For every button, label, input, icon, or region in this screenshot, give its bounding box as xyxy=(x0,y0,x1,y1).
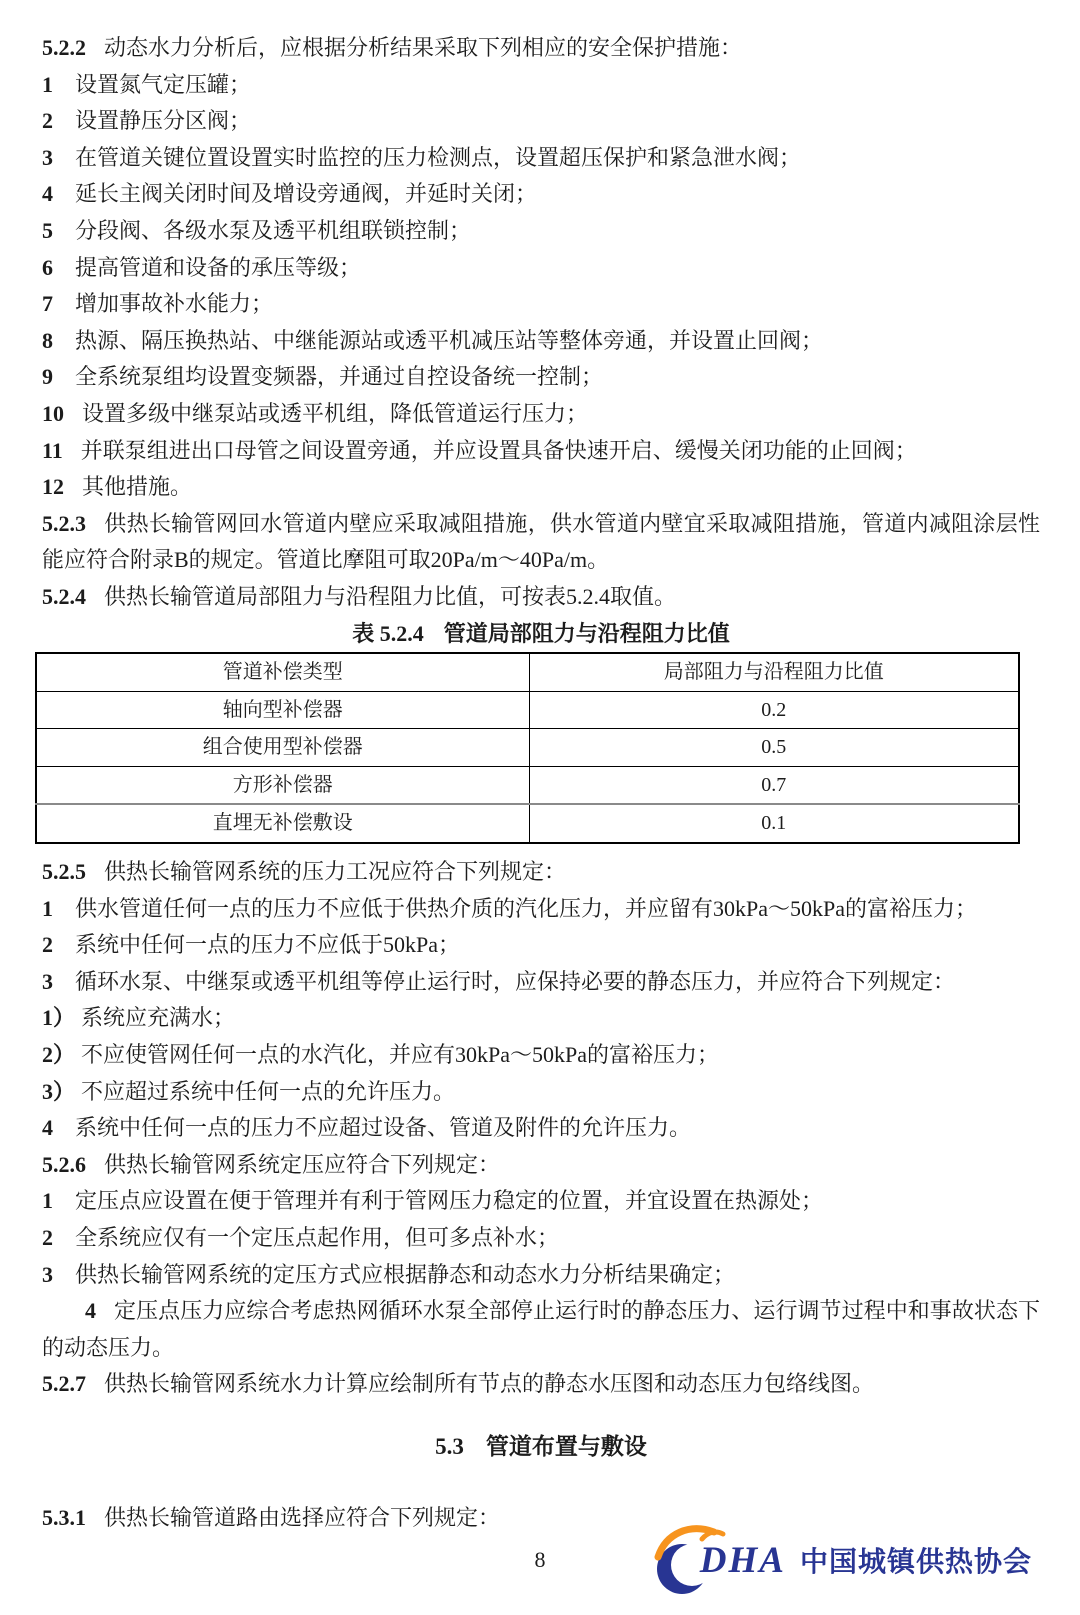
item-text: 并联泵组进出口母管之间设置旁通，并应设置具备快速开启、缓慢关闭功能的止回阀； xyxy=(81,438,917,463)
clause-text: 供热长输管道路由选择应符合下列规定： xyxy=(104,1505,500,1530)
list-item: 4延长主阀关闭时间及增设旁通阀，并延时关闭； xyxy=(42,176,1040,213)
item-text: 供热长输管网系统的定压方式应根据静态和动态水力分析结果确定； xyxy=(75,1262,735,1287)
cell-ratio-value: 0.7 xyxy=(529,766,1019,804)
list-item: 4系统中任何一点的压力不应超过设备、管道及附件的允许压力。 xyxy=(42,1110,1040,1147)
list-item: 7增加事故补水能力； xyxy=(42,286,1040,323)
item-number: 3 xyxy=(42,964,57,1001)
list-item: 6提高管道和设备的承压等级； xyxy=(42,250,1040,287)
subitem-number: 1） xyxy=(42,1005,75,1030)
item-number: 1 xyxy=(42,891,57,928)
item-text: 全系统应仅有一个定压点起作用，但可多点补水； xyxy=(75,1225,559,1250)
clause-number: 5.2.4 xyxy=(42,584,86,609)
section-title-text: 管道布置与敷设 xyxy=(486,1434,647,1459)
item-number: 8 xyxy=(42,323,57,360)
sub-list-item: 2）不应使管网任何一点的水汽化，并应有30kPa～50kPa的富裕压力； xyxy=(42,1037,1040,1074)
sub-list-item: 3）不应超过系统中任何一点的允许压力。 xyxy=(42,1074,1040,1111)
clause-text: 供热长输管网系统的压力工况应符合下列规定： xyxy=(104,859,566,884)
cell-ratio-value: 0.1 xyxy=(529,804,1019,843)
cell-ratio-value: 0.2 xyxy=(529,691,1019,729)
table-caption: 表 5.2.4管道局部阻力与沿程阻力比值 xyxy=(42,616,1040,653)
list-item: 1供水管道任何一点的压力不应低于供热介质的汽化压力，并应留有30kPa～50kP… xyxy=(42,891,1040,928)
item-number: 2 xyxy=(42,103,57,140)
item-text: 循环水泵、中继泵或透平机组等停止运行时，应保持必要的静态压力，并应符合下列规定： xyxy=(75,969,955,994)
list-item: 9全系统泵组均设置变频器，并通过自控设备统一控制； xyxy=(42,359,1040,396)
item-number: 7 xyxy=(42,286,57,323)
clause-5-2-4: 5.2.4供热长输管道局部阻力与沿程阻力比值，可按表5.2.4取值。 xyxy=(42,579,1040,616)
clause-text: 动态水力分析后，应根据分析结果采取下列相应的安全保护措施： xyxy=(104,35,742,60)
item-text: 热源、隔压换热站、中继能源站或透平机减压站等整体旁通，并设置止回阀； xyxy=(75,328,823,353)
clause-5-2-6: 5.2.6供热长输管网系统定压应符合下列规定： xyxy=(42,1147,1040,1184)
list-item: 2设置静压分区阀； xyxy=(42,103,1040,140)
resistance-ratio-table: 管道补偿类型 局部阻力与沿程阻力比值 轴向型补偿器 0.2 组合使用型补偿器 0… xyxy=(35,652,1020,844)
table-row: 轴向型补偿器 0.2 xyxy=(36,691,1019,729)
clause-text: 供热长输管网回水管道内壁应采取减阻措施，供水管道内壁宜采取减阻措施，管道内减阻涂… xyxy=(42,511,1040,573)
item-number: 9 xyxy=(42,359,57,396)
list-item: 10设置多级中继泵站或透平机组，降低管道运行压力； xyxy=(42,396,1040,433)
table-row: 直埋无补偿敷设 0.1 xyxy=(36,804,1019,843)
item-number: 1 xyxy=(42,1183,57,1220)
column-header-ratio: 局部阻力与沿程阻力比值 xyxy=(529,653,1019,691)
clause-5-2-5: 5.2.5供热长输管网系统的压力工况应符合下列规定： xyxy=(42,854,1040,891)
item-text: 系统中任何一点的压力不应超过设备、管道及附件的允许压力。 xyxy=(75,1115,691,1140)
clause-number: 5.2.6 xyxy=(42,1152,86,1177)
item-text: 在管道关键位置设置实时监控的压力检测点，设置超压保护和紧急泄水阀； xyxy=(75,145,801,170)
item-number: 1 xyxy=(42,67,57,104)
table-label: 表 5.2.4 xyxy=(352,621,424,646)
item-text: 其他措施。 xyxy=(82,474,192,499)
clause-number: 5.2.7 xyxy=(42,1371,86,1396)
list-item: 8热源、隔压换热站、中继能源站或透平机减压站等整体旁通，并设置止回阀； xyxy=(42,323,1040,360)
list-item: 5分段阀、各级水泵及透平机组联锁控制； xyxy=(42,213,1040,250)
cell-compensator-type: 组合使用型补偿器 xyxy=(36,729,529,767)
item-text: 分段阀、各级水泵及透平机组联锁控制； xyxy=(75,218,471,243)
item-text: 系统中任何一点的压力不应低于50kPa； xyxy=(75,932,460,957)
column-header-type: 管道补偿类型 xyxy=(36,653,529,691)
item-text: 设置静压分区阀； xyxy=(75,108,251,133)
list-item: 12其他措施。 xyxy=(42,469,1040,506)
clause-5-2-3: 5.2.3供热长输管网回水管道内壁应采取减阻措施，供水管道内壁宜采取减阻措施，管… xyxy=(42,506,1040,579)
item-number: 4 xyxy=(85,1298,96,1323)
item-number: 12 xyxy=(42,469,64,506)
clause-text: 供热长输管网系统水力计算应绘制所有节点的静态水压图和动态压力包络线图。 xyxy=(104,1371,874,1396)
list-item: 4定压点压力应综合考虑热网循环水泵全部停止运行时的静态压力、运行调节过程中和事故… xyxy=(42,1293,1040,1366)
table-row: 方形补偿器 0.7 xyxy=(36,766,1019,804)
list-item: 11并联泵组进出口母管之间设置旁通，并应设置具备快速开启、缓慢关闭功能的止回阀； xyxy=(42,433,1040,470)
item-number: 4 xyxy=(42,1110,57,1147)
subitem-text: 不应使管网任何一点的水汽化，并应有30kPa～50kPa的富裕压力； xyxy=(81,1042,719,1067)
table-title-text: 管道局部阻力与沿程阻力比值 xyxy=(444,621,730,646)
list-item: 3在管道关键位置设置实时监控的压力检测点，设置超压保护和紧急泄水阀； xyxy=(42,140,1040,177)
subitem-text: 不应超过系统中任何一点的允许压力。 xyxy=(81,1079,455,1104)
subitem-number: 3） xyxy=(42,1079,75,1104)
item-number: 10 xyxy=(42,396,64,433)
list-item: 3循环水泵、中继泵或透平机组等停止运行时，应保持必要的静态压力，并应符合下列规定… xyxy=(42,964,1040,1001)
clause-text: 供热长输管道局部阻力与沿程阻力比值，可按表5.2.4取值。 xyxy=(104,584,676,609)
list-item: 2全系统应仅有一个定压点起作用，但可多点补水； xyxy=(42,1220,1040,1257)
item-number: 2 xyxy=(42,927,57,964)
item-text: 定压点应设置在便于管理并有利于管网压力稳定的位置，并宜设置在热源处； xyxy=(75,1188,823,1213)
item-number: 11 xyxy=(42,433,63,470)
list-item: 1设置氮气定压罐； xyxy=(42,67,1040,104)
item-text: 提高管道和设备的承压等级； xyxy=(75,255,361,280)
item-text: 定压点压力应综合考虑热网循环水泵全部停止运行时的静态压力、运行调节过程中和事故状… xyxy=(42,1298,1040,1360)
logo-org-name: 中国城镇供热协会 xyxy=(800,1540,1032,1580)
item-text: 全系统泵组均设置变频器，并通过自控设备统一控制； xyxy=(75,364,603,389)
clause-number: 5.2.2 xyxy=(42,35,86,60)
clause-number: 5.2.5 xyxy=(42,859,86,884)
item-text: 延长主阀关闭时间及增设旁通阀，并延时关闭； xyxy=(75,181,537,206)
subitem-text: 系统应充满水； xyxy=(81,1005,235,1030)
item-number: 4 xyxy=(42,176,57,213)
item-text: 设置氮气定压罐； xyxy=(75,72,251,97)
sub-list-item: 1）系统应充满水； xyxy=(42,1000,1040,1037)
document-content: 5.2.2动态水力分析后，应根据分析结果采取下列相应的安全保护措施： 1设置氮气… xyxy=(0,0,1080,1536)
list-item: 2系统中任何一点的压力不应低于50kPa； xyxy=(42,927,1040,964)
clause-5-2-2: 5.2.2动态水力分析后，应根据分析结果采取下列相应的安全保护措施： xyxy=(42,30,1040,67)
cell-compensator-type: 直埋无补偿敷设 xyxy=(36,804,529,843)
document-page: 5.2.2动态水力分析后，应根据分析结果采取下列相应的安全保护措施： 1设置氮气… xyxy=(0,0,1080,1615)
association-logo: DHA 中国城镇供热协会 xyxy=(650,1525,1032,1595)
list-item: 3供热长输管网系统的定压方式应根据静态和动态水力分析结果确定； xyxy=(42,1257,1040,1294)
list-item: 1定压点应设置在便于管理并有利于管网压力稳定的位置，并宜设置在热源处； xyxy=(42,1183,1040,1220)
item-number: 2 xyxy=(42,1220,57,1257)
clause-5-2-7: 5.2.7供热长输管网系统水力计算应绘制所有节点的静态水压图和动态压力包络线图。 xyxy=(42,1366,1040,1403)
cell-ratio-value: 0.5 xyxy=(529,729,1019,767)
item-number: 3 xyxy=(42,1257,57,1294)
logo-acronym: DHA xyxy=(700,1539,786,1582)
item-text: 设置多级中继泵站或透平机组，降低管道运行压力； xyxy=(82,401,588,426)
section-number: 5.3 xyxy=(435,1434,464,1459)
clause-text: 供热长输管网系统定压应符合下列规定： xyxy=(104,1152,500,1177)
item-text: 供水管道任何一点的压力不应低于供热介质的汽化压力，并应留有30kPa～50kPa… xyxy=(75,896,977,921)
item-number: 5 xyxy=(42,213,57,250)
clause-number: 5.2.3 xyxy=(42,511,86,536)
section-heading-5-3: 5.3管道布置与敷设 xyxy=(42,1429,1040,1466)
subitem-number: 2） xyxy=(42,1042,75,1067)
table-row: 组合使用型补偿器 0.5 xyxy=(36,729,1019,767)
cell-compensator-type: 轴向型补偿器 xyxy=(36,691,529,729)
clause-number: 5.3.1 xyxy=(42,1505,86,1530)
table-header-row: 管道补偿类型 局部阻力与沿程阻力比值 xyxy=(36,653,1019,691)
item-number: 6 xyxy=(42,250,57,287)
item-text: 增加事故补水能力； xyxy=(75,291,273,316)
item-number: 3 xyxy=(42,140,57,177)
cell-compensator-type: 方形补偿器 xyxy=(36,766,529,804)
